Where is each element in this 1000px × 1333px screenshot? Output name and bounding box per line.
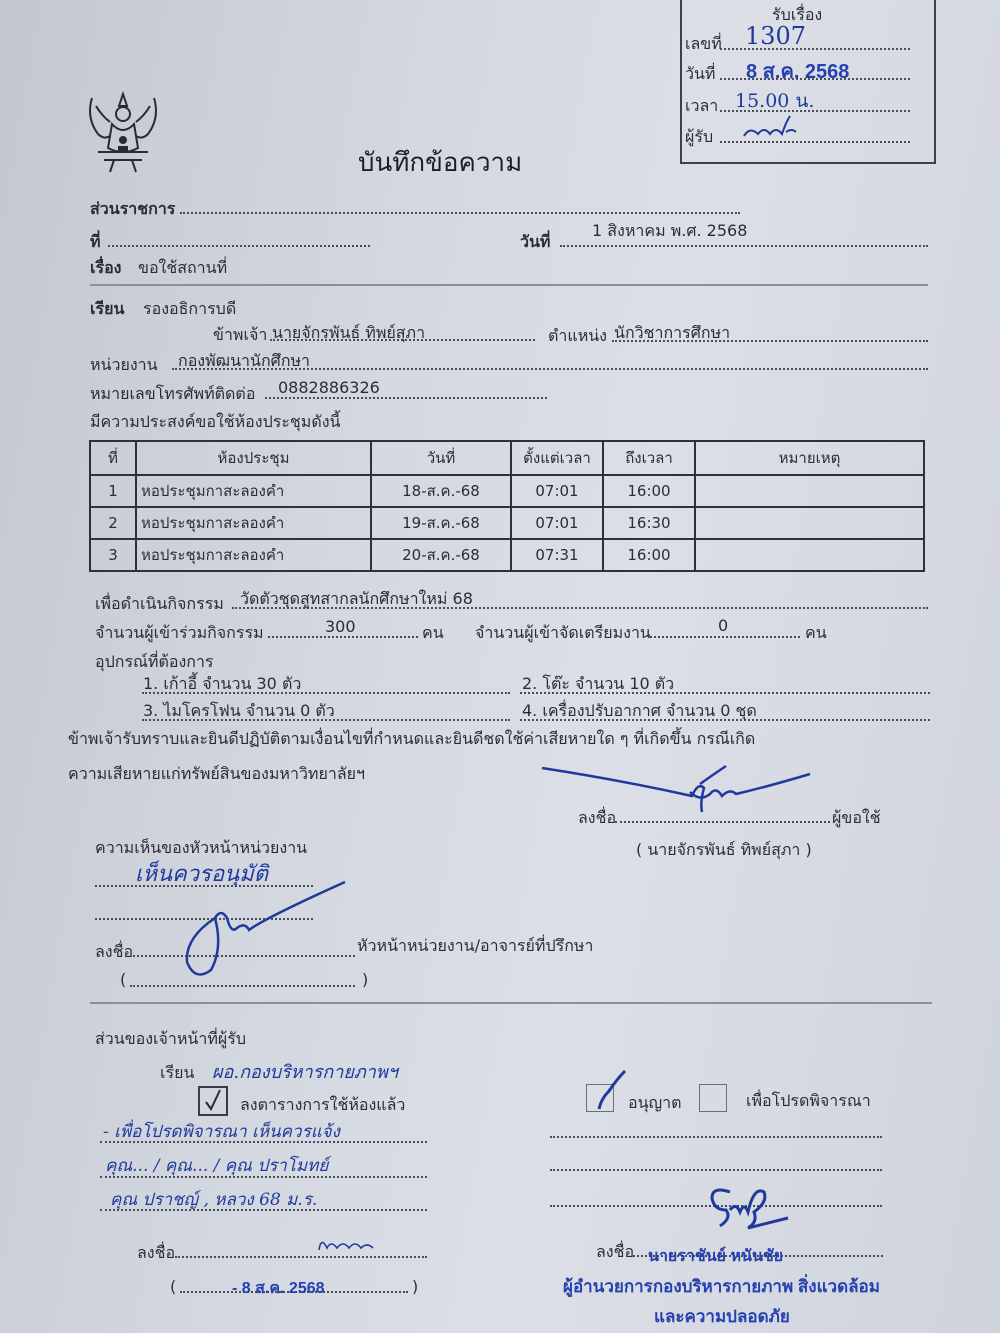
equipment-item: 3. ไมโครโฟน จำนวน 0 ตัว [143, 699, 335, 724]
cell-remark [695, 539, 924, 571]
position-value: นักวิชาการศึกษา [614, 321, 730, 346]
receipt-number-value: 1307 [745, 22, 806, 50]
head-name-close: ) [362, 970, 368, 989]
to-label: เรียน [90, 297, 124, 322]
col-remark: หมายเหตุ [695, 441, 924, 475]
scheduled-checkbox[interactable] [198, 1086, 228, 1116]
ref-label: ที่ [90, 230, 101, 255]
staff-unit: คน [805, 621, 827, 646]
cell-start: 07:01 [511, 507, 603, 539]
date-label: วันที่ [520, 230, 550, 255]
table-header-row: ที่ ห้องประชุม วันที่ ตั้งแต่เวลา ถึงเวล… [90, 441, 924, 475]
unit-value: กองพัฒนานักศึกษา [178, 349, 310, 374]
director-title-line-2: และความปลอดภัย [654, 1303, 790, 1330]
col-date: วันที่ [371, 441, 511, 475]
cell-no: 2 [90, 507, 136, 539]
col-room: ห้องประชุม [136, 441, 371, 475]
col-end: ถึงเวลา [603, 441, 695, 475]
cell-room: หอประชุมกาสะลองคำ [136, 475, 371, 507]
unit-label: หน่วยงาน [90, 353, 158, 378]
consider-checkbox[interactable] [699, 1084, 727, 1112]
to-value: รองอธิการบดี [143, 297, 236, 322]
cell-date: 20-ส.ค.-68 [371, 539, 511, 571]
head-name-open: ( [120, 970, 126, 989]
receipt-date-label: วันที่ [685, 62, 715, 87]
phone-value: 0882886326 [278, 378, 380, 397]
agency-label: ส่วนราชการ [90, 197, 175, 222]
rooms-table: ที่ ห้องประชุม วันที่ ตั้งแต่เวลา ถึงเวล… [89, 440, 925, 572]
approve-label: อนุญาต [628, 1091, 682, 1116]
head-sign-label: ลงชื่อ [95, 940, 133, 965]
section-divider [90, 1002, 932, 1004]
officer-signature-icon [315, 1232, 385, 1256]
checkmark-icon [587, 1063, 627, 1113]
document-title: บันทึกข้อความ [358, 142, 522, 183]
agreement-line-1: ข้าพเจ้ารับทราบและยินดีปฏิบัติตามเงื่อนไ… [68, 727, 755, 752]
head-sign-role: หัวหน้าหน่วยงาน/อาจารย์ที่ปรึกษา [357, 934, 593, 959]
receiver-signature-icon [740, 112, 800, 144]
participants-unit: คน [422, 621, 444, 646]
director-sign-label: ลงชื่อ [596, 1240, 634, 1265]
intent-text: มีความประสงค์ขอใช้ห้องประชุมดังนี้ [90, 410, 340, 435]
officer-date-close: ) [412, 1277, 418, 1296]
subject-value: ขอใช้สถานที่ [138, 256, 227, 281]
receipt-time-label: เวลา [685, 94, 718, 119]
cell-no: 3 [90, 539, 136, 571]
director-signature-icon [702, 1182, 792, 1234]
purpose-value: วัดตัวชุดสูทสากลนักศึกษาใหม่ 68 [240, 587, 473, 612]
subject-label: เรื่อง [90, 256, 121, 281]
staff-value: 0 [718, 616, 728, 635]
officer-section-label: ส่วนของเจ้าหน้าที่ผู้รับ [95, 1027, 246, 1052]
purpose-label: เพื่อดำเนินกิจกรรม [95, 592, 224, 617]
approve-checkbox[interactable] [586, 1084, 614, 1112]
scheduled-label: ลงตารางการใช้ห้องแล้ว [240, 1093, 405, 1118]
table-row: 2 หอประชุมกาสะลองคำ 19-ส.ค.-68 07:01 16:… [90, 507, 924, 539]
cell-no: 1 [90, 475, 136, 507]
date-value: 1 สิงหาคม พ.ศ. 2568 [592, 219, 747, 244]
officer-to-label: เรียน [160, 1061, 194, 1086]
cell-date: 19-ส.ค.-68 [371, 507, 511, 539]
participants-label: จำนวนผู้เข้าร่วมกิจกรรม [95, 621, 264, 646]
cell-end: 16:30 [603, 507, 695, 539]
director-title-line-1: ผู้อำนวยการกองบริหารกายภาพ สิ่งแวดล้อม [563, 1273, 880, 1300]
officer-note: คุณ... / คุณ... / คุณ ปราโมทย์ [105, 1152, 328, 1179]
table-row: 3 หอประชุมกาสะลองคำ 20-ส.ค.-68 07:31 16:… [90, 539, 924, 571]
position-label: ตำแหน่ง [548, 324, 607, 349]
cell-room: หอประชุมกาสะลองคำ [136, 507, 371, 539]
staff-label: จำนวนผู้เข้าจัดเตรียมงาน [475, 621, 651, 646]
director-name-stamp: นายราชันย์ หนันชัย [648, 1244, 783, 1269]
col-no: ที่ [90, 441, 136, 475]
officer-note: คุณ ปราชญ์ , หลวง 68 ม.ร. [110, 1186, 317, 1213]
applicant-name-label: ข้าพเจ้า [213, 323, 267, 348]
agreement-line-2: ความเสียหายแก่ทรัพย์สินของมหาวิทยาลัยฯ [68, 762, 365, 787]
cell-remark [695, 475, 924, 507]
head-signature-icon [175, 878, 355, 988]
phone-label: หมายเลขโทรศัพท์ติดต่อ [90, 382, 255, 407]
cell-end: 16:00 [603, 475, 695, 507]
officer-to-handwritten: ผอ.กองบริหารกายภาพฯ [212, 1057, 398, 1086]
equipment-item: 2. โต๊ะ จำนวน 10 ตัว [522, 672, 674, 697]
officer-note: - เพื่อโปรดพิจารณา เห็นควรแจ้ง [103, 1118, 340, 1145]
garuda-emblem-icon [84, 88, 162, 174]
officer-sign-label: ลงชื่อ [137, 1241, 175, 1266]
cell-end: 16:00 [603, 539, 695, 571]
officer-date-stamp: - 8 ส.ค. 2568 [232, 1276, 325, 1301]
receipt-receiver-label: ผู้รับ [685, 125, 713, 150]
cell-start: 07:31 [511, 539, 603, 571]
receipt-date-value: 8 ส.ค. 2568 [746, 55, 849, 87]
officer-date-open: ( [170, 1277, 176, 1296]
cell-start: 07:01 [511, 475, 603, 507]
participants-value: 300 [325, 617, 356, 636]
applicant-name-value: นายจักรพันธ์ ทิพย์สุภา [272, 321, 425, 346]
memo-document: รับเรื่อง เลขที่ 1307 วันที่ 8 ส.ค. 2568… [0, 0, 1000, 1333]
cell-remark [695, 507, 924, 539]
applicant-sign-role: ผู้ขอใช้ [832, 806, 881, 831]
equipment-item: 4. เครื่องปรับอากาศ จำนวน 0 ชุด [522, 699, 757, 724]
equipment-item: 1. เก้าอี้ จำนวน 30 ตัว [143, 672, 301, 697]
receipt-number-label: เลขที่ [685, 32, 722, 57]
applicant-signature-icon [540, 762, 820, 832]
cell-room: หอประชุมกาสะลองคำ [136, 539, 371, 571]
applicant-sign-name: ( นายจักรพันธ์ ทิพย์สุภา ) [636, 838, 812, 863]
table-row: 1 หอประชุมกาสะลองคำ 18-ส.ค.-68 07:01 16:… [90, 475, 924, 507]
header-divider [90, 284, 928, 286]
consider-label: เพื่อโปรดพิจารณา [746, 1089, 871, 1114]
checkmark-icon [200, 1088, 226, 1114]
col-start: ตั้งแต่เวลา [511, 441, 603, 475]
cell-date: 18-ส.ค.-68 [371, 475, 511, 507]
